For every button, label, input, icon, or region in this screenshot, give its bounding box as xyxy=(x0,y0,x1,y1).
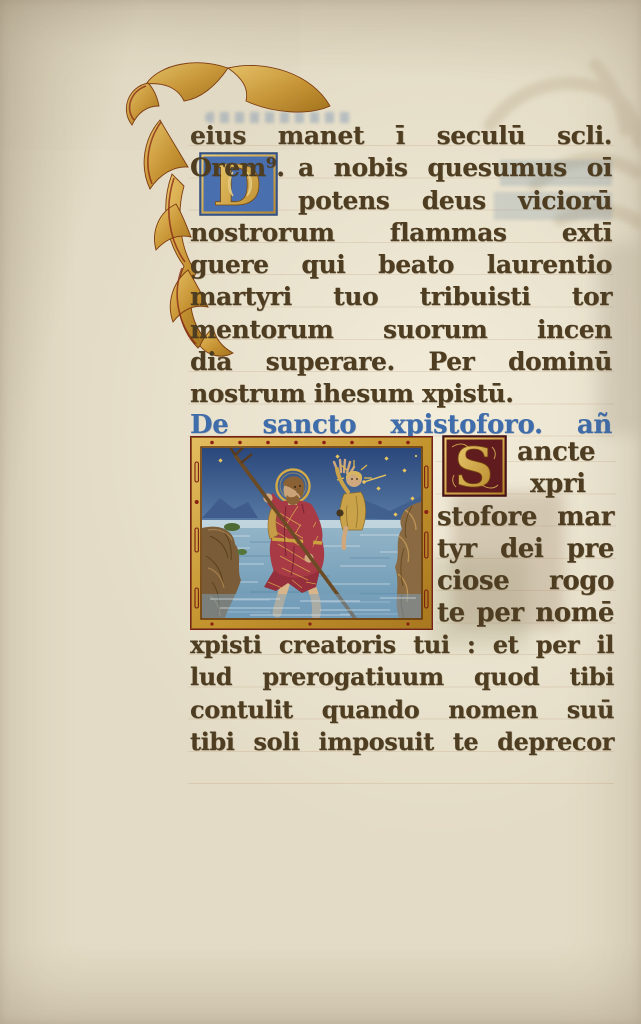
miniature-scene xyxy=(190,436,433,630)
text-line: stofore mar xyxy=(437,501,614,533)
text-line: xpisti creatoris tui : et per il xyxy=(190,629,614,661)
text-line: nostrum ihesum xpistū. xyxy=(190,378,612,410)
miniature-saint-christopher xyxy=(190,436,433,630)
text-line: ancte xyxy=(517,436,614,468)
text-line: martyri tuo tribuisti tor xyxy=(190,281,612,313)
text-line: guere qui beato laurentio xyxy=(190,249,612,281)
text-line: potens deus viciorū xyxy=(298,185,612,217)
text-line: contulit quando nomen suū xyxy=(190,694,614,726)
lower-text-block: xpisti creatoris tui : et per il lud pre… xyxy=(190,629,614,758)
manuscript-page: D eius manet ī seculū scli. Orem⁹. a nob… xyxy=(0,0,641,1024)
text-line: nostrorum flammas extī xyxy=(190,217,612,249)
text-line: xpri xyxy=(530,468,614,500)
text-line: dia superare. Per dominū xyxy=(190,346,612,378)
text-line: eius manet ī seculū scli. Orem⁹. xyxy=(190,120,612,152)
text-line: tibi soli imposuit te deprecor xyxy=(190,726,614,758)
text-line: a nobis quesumus oī xyxy=(298,152,612,184)
text-line: mentorum suorum incen xyxy=(190,314,612,346)
side-column-text-block: ancte xpri stofore mar tyr dei pre ciose… xyxy=(437,436,614,630)
text-line: te per nomē xyxy=(437,597,614,629)
text-line: lud prerogatiuum quod tibi xyxy=(190,661,614,693)
text-line: ciose rogo xyxy=(437,565,614,597)
prayer-text-block: eius manet ī seculū scli. Orem⁹. a nobis… xyxy=(190,120,612,411)
text-line: tyr dei pre xyxy=(437,533,614,565)
